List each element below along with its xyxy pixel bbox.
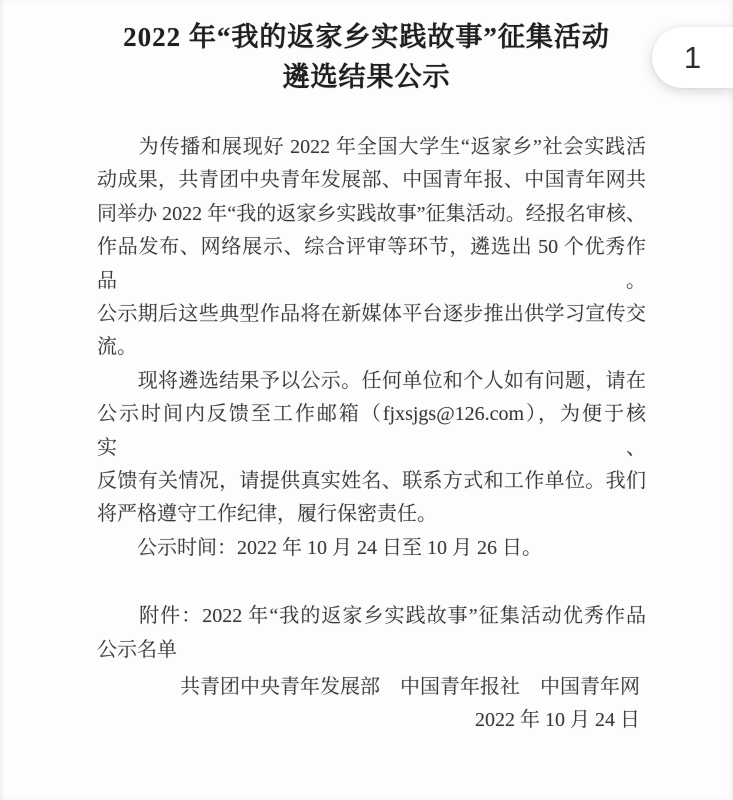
text-line: 附件：2022 年“我的返家乡实践故事”征集活动优秀作品 — [97, 600, 646, 633]
text-line: 同举办 2022 年“我的返家乡实践故事”征集活动。经报名审核、 — [97, 198, 646, 231]
organization-name: 中国青年报社 — [400, 671, 520, 704]
page-number: 1 — [684, 40, 701, 76]
text-line: 流。 — [97, 331, 646, 364]
page-number-badge: 1 — [652, 27, 733, 88]
text-line: 公示时间：2022 年 10 月 24 日至 10 月 26 日。 — [97, 532, 646, 565]
text-line: 公示时间内反馈至工作邮箱（fjxsjgs@126.com），为便于核实、 — [97, 398, 646, 465]
paragraph: 附件：2022 年“我的返家乡实践故事”征集活动优秀作品公示名单 — [97, 600, 646, 667]
text-line: 反馈有关情况，请提供真实姓名、联系方式和工作单位。我们 — [97, 465, 646, 498]
text-line: 公示名单 — [97, 634, 646, 667]
text-line: 遴选结果公示 — [0, 57, 733, 97]
issue-date: 2022 年 10 月 24 日 — [180, 704, 640, 737]
text-line: 动成果，共青团中央青年发展部、中国青年报、中国青年网共 — [97, 164, 646, 197]
text-line: 现将遴选结果予以公示。任何单位和个人如有问题，请在 — [97, 365, 646, 398]
organization-name: 共青团中央青年发展部 — [180, 671, 380, 704]
document-title: 2022 年“我的返家乡实践故事”征集活动遴选结果公示 — [0, 17, 733, 97]
paragraph: 公示时间：2022 年 10 月 24 日至 10 月 26 日。 — [97, 532, 646, 565]
document-body: 为传播和展现好 2022 年全国大学生“返家乡”社会实践活动成果，共青团中央青年… — [97, 131, 646, 667]
organization-name: 中国青年网 — [540, 671, 640, 704]
text-line: 2022 年“我的返家乡实践故事”征集活动 — [0, 17, 733, 57]
text-line: 将严格遵守工作纪律，履行保密责任。 — [97, 498, 646, 531]
issuing-organizations: 共青团中央青年发展部中国青年报社中国青年网 — [180, 671, 640, 704]
text-line: 公示期后这些典型作品将在新媒体平台逐步推出供学习宣传交 — [97, 298, 646, 331]
text-line: 作品发布、网络展示、综合评审等环节，遴选出 50 个优秀作品。 — [97, 231, 646, 298]
text-line: 为传播和展现好 2022 年全国大学生“返家乡”社会实践活 — [97, 131, 646, 164]
signature-block: 共青团中央青年发展部中国青年报社中国青年网 2022 年 10 月 24 日 — [180, 671, 640, 737]
document-page: 1 2022 年“我的返家乡实践故事”征集活动遴选结果公示 为传播和展现好 20… — [0, 0, 733, 800]
paragraph: 为传播和展现好 2022 年全国大学生“返家乡”社会实践活动成果，共青团中央青年… — [97, 131, 646, 365]
paragraph: 现将遴选结果予以公示。任何单位和个人如有问题，请在公示时间内反馈至工作邮箱（fj… — [97, 365, 646, 532]
